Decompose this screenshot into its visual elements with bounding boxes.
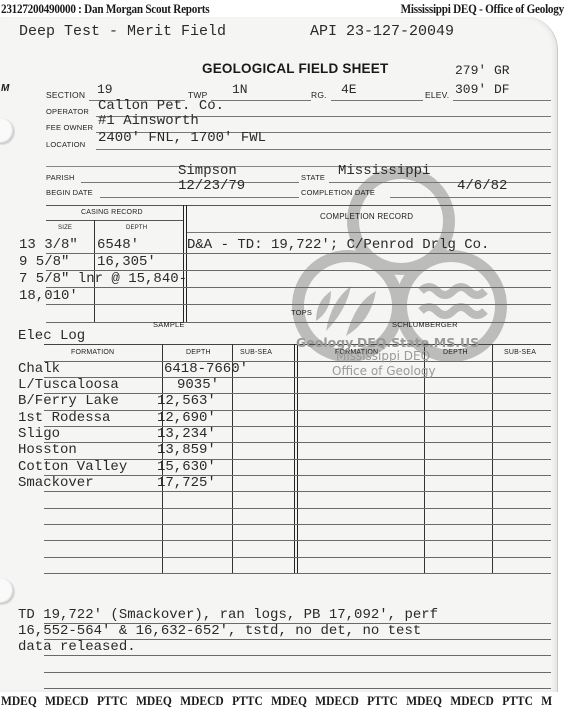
location-label: LOCATION (46, 140, 85, 149)
sample-row-3-formation: B/Ferry Lake (18, 393, 119, 409)
sample-row-6-depth: 13,859' (157, 442, 216, 458)
completion-record-title: COMPLETION RECORD (320, 212, 413, 221)
casing-row-1-size: 13 3/8" (19, 237, 78, 253)
operator-value: Callon Pet. Co. (98, 98, 224, 114)
completion-record-text: D&A - TD: 19,722'; C/Penrod Drlg Co. (187, 237, 489, 253)
sample-row-7-depth: 15,630' (157, 459, 216, 475)
section-label: SECTION (46, 90, 85, 100)
schlumberger-depth-header: DEPTH (443, 349, 468, 356)
form-title: GEOLOGICAL FIELD SHEET (202, 61, 388, 76)
casing-depth-header: DEPTH (126, 225, 147, 231)
page-header: 23127200490000 : Dan Morgan Scout Report… (0, 0, 570, 17)
well-title: Deep Test - Merit Field (19, 23, 226, 40)
field-sheet-card: Deep Test - Merit Field API 23-127-20049… (0, 16, 558, 692)
remarks-line-3: data released. (18, 639, 136, 655)
sample-row-1-formation: Chalk (18, 361, 60, 377)
twp-value: 1N (232, 82, 248, 97)
remarks-line-2: 16,552-564' & 16,632-652', tstd, no det,… (18, 623, 421, 639)
page-footer: MDEQ MDECD PTTC MDEQ MDECD PTTC MDEQ MDE… (0, 692, 570, 710)
watermark-url: Geology.DEQ.State.MS.US (296, 335, 479, 350)
remarks-line-1: TD 19,722' (Smackover), ran logs, PB 17,… (18, 607, 438, 623)
sample-row-8-formation: Smackover (18, 475, 94, 491)
sample-title: SAMPLE (153, 320, 185, 329)
watermark-agency: Mississippi DEQ (336, 349, 430, 363)
report-id-title: 23127200490000 : Dan Morgan Scout Report… (1, 1, 209, 17)
sample-row-4-formation: 1st Rodessa (18, 410, 110, 426)
sample-row-2-depth: 9035' (177, 377, 219, 393)
parish-value: Simpson (178, 163, 237, 179)
sample-depth-header: DEPTH (186, 349, 211, 356)
agency-title: Mississippi DEQ - Office of Geology (401, 1, 564, 17)
completion-date-value: 4/6/82 (457, 178, 507, 194)
schlumberger-title: SCHLUMBERGER (392, 320, 458, 329)
sample-row-4-depth: 12,690' (157, 410, 216, 426)
begin-date-label: BEGIN DATE (46, 188, 93, 197)
schlumberger-subsea-header: SUB-SEA (504, 349, 536, 356)
elevation-gr: 279' GR (455, 63, 510, 78)
casing-row-4-size: 18,010' (19, 288, 78, 304)
sample-note: Elec Log (18, 328, 85, 344)
hole-punch-top (0, 118, 14, 144)
api-number: API 23-127-20049 (310, 23, 454, 40)
sample-row-3-depth: 12,563' (157, 393, 216, 409)
section-value: 19 (97, 82, 113, 97)
casing-record-title: CASING RECORD (81, 209, 143, 216)
sample-subsea-header: SUB-SEA (240, 349, 272, 356)
sample-row-1-depth: 6418-7660' (164, 361, 248, 377)
footer-agencies: MDEQ MDECD PTTC MDEQ MDECD PTTC MDEQ MDE… (1, 694, 552, 709)
completion-date-label: COMPLETION DATE (301, 188, 375, 197)
fee-owner-value: #1 Ainsworth (98, 113, 199, 129)
tops-title: TOPS (291, 308, 312, 317)
state-value: Mississippi (338, 163, 430, 179)
begin-date-value: 12/23/79 (178, 178, 245, 194)
state-label: STATE (301, 173, 325, 182)
casing-row-1-depth: 6548' (97, 237, 139, 253)
margin-mark: M (1, 83, 9, 94)
rg-value: 4E (341, 82, 357, 97)
sample-row-6-formation: Hosston (18, 442, 77, 458)
location-value: 2400' FNL, 1700' FWL (98, 130, 266, 146)
sample-row-8-depth: 17,725' (157, 475, 216, 491)
sample-row-5-depth: 13,234' (157, 426, 216, 442)
sample-row-7-formation: Cotton Valley (18, 459, 127, 475)
casing-row-2-size: 9 5/8" (19, 254, 69, 270)
sample-row-5-formation: Sligo (18, 426, 60, 442)
casing-row-3-size: 7 5/8" lnr @ 15,840- (19, 271, 187, 287)
watermark-office: Office of Geology (332, 364, 436, 378)
operator-label: OPERATOR (46, 107, 89, 116)
hole-punch-bottom (0, 578, 14, 604)
casing-row-2-depth: 16,305' (97, 254, 156, 270)
casing-size-header: SIZE (58, 225, 72, 231)
sample-formation-header: FORMATION (71, 349, 114, 356)
parish-label: PARISH (46, 173, 75, 182)
elev-label: ELEV. (425, 90, 449, 100)
sample-row-2-formation: L/Tuscaloosa (18, 377, 119, 393)
rg-label: RG. (311, 90, 327, 100)
elevation-df: 309' DF (455, 82, 510, 97)
fee-owner-label: FEE OWNER (46, 123, 93, 132)
